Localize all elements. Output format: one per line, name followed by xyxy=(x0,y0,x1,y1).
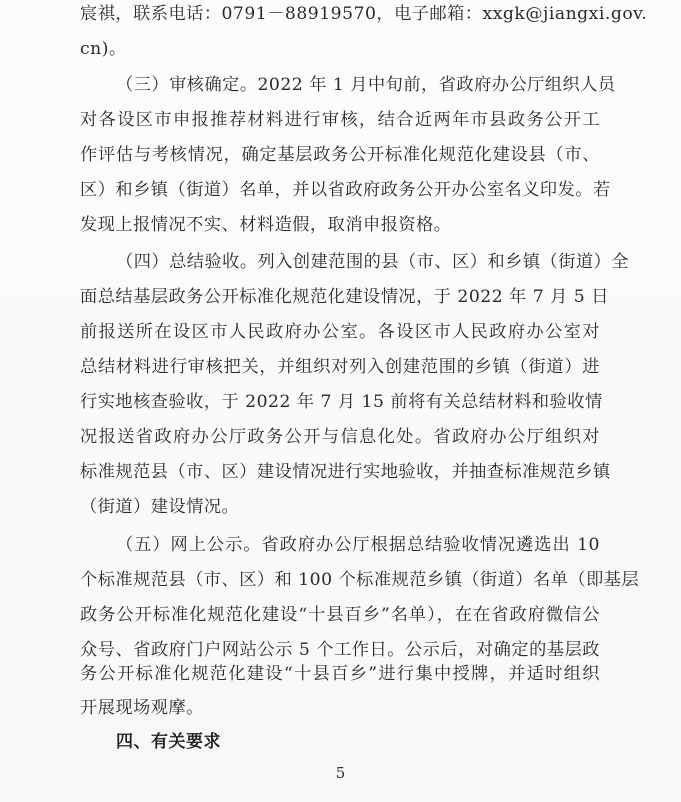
section-3-review-title-line: （三）审核确定。2022 年 1 月中旬前，省政府办公厅组织人员 xyxy=(116,73,600,97)
section-4-line: 标准规范县（市、区）建设情况进行实地验收，并抽查标准规范乡镇 xyxy=(80,460,600,484)
section-3-line-end: 发现上报情况不实、材料造假，取消申报资格。 xyxy=(80,213,600,237)
section-5-publicity-title-line: （五）网上公示。省政府办公厅根据总结验收情况遴选出 10 xyxy=(116,533,600,557)
section-4-line: 况报送省政府办公厅政务公开与信息化处。省政府办公厅组织对 xyxy=(80,425,600,449)
section-3-line: 作评估与考核情况，确定基层政务公开标准化规范化建设县（市、 xyxy=(80,143,600,167)
section-4-line: 总结材料进行审核把关，并组织对列入创建范围的乡镇（街道）进 xyxy=(80,355,600,379)
section-4-acceptance-title-line: （四）总结验收。列入创建范围的县（市、区）和乡镇（街道）全 xyxy=(116,250,600,274)
section-5-line: 政务公开标准化规范化建设“十县百乡”名单），在在省政府微信公 xyxy=(80,603,600,627)
section-4-line-end: （街道）建设情况。 xyxy=(80,495,600,519)
section-4-line: 面总结基层政务公开标准化规范化建设情况，于 2022 年 7 月 5 日 xyxy=(80,285,600,309)
section-heading-requirements: 四、有关要求 xyxy=(116,730,600,754)
section-4-line: 行实地核查验收，于 2022 年 7 月 15 前将有关总结材料和验收情 xyxy=(80,390,600,414)
section-5-line: 众号、省政府门户网站公示 5 个工作日。公示后，对确定的基层政 xyxy=(80,638,600,662)
contact-line: 宸祺，联系电话：0791－88919570，电子邮箱：xxgk@jiangxi.… xyxy=(80,2,600,26)
section-5-line: 务公开标准化规范化建设“十县百乡”进行集中授牌，并适时组织 xyxy=(80,662,600,686)
section-4-line: 前报送所在设区市人民政府办公室。各设区市人民政府办公室对 xyxy=(80,320,600,344)
section-3-line: 对各设区市申报推荐材料进行审核，结合近两年市县政务公开工 xyxy=(80,108,600,132)
section-5-line-end: 开展现场观摩。 xyxy=(80,696,600,720)
section-3-line: 区）和乡镇（街道）名单，并以省政府政务公开办公室名义印发。若 xyxy=(80,178,600,202)
document-page: 宸祺，联系电话：0791－88919570，电子邮箱：xxgk@jiangxi.… xyxy=(0,0,681,802)
page-number: 5 xyxy=(0,764,681,782)
section-5-line: 个标准规范县（市、区）和 100 个标准规范乡镇（街道）名单（即基层 xyxy=(80,568,600,592)
contact-line-end: cn)。 xyxy=(80,37,600,61)
